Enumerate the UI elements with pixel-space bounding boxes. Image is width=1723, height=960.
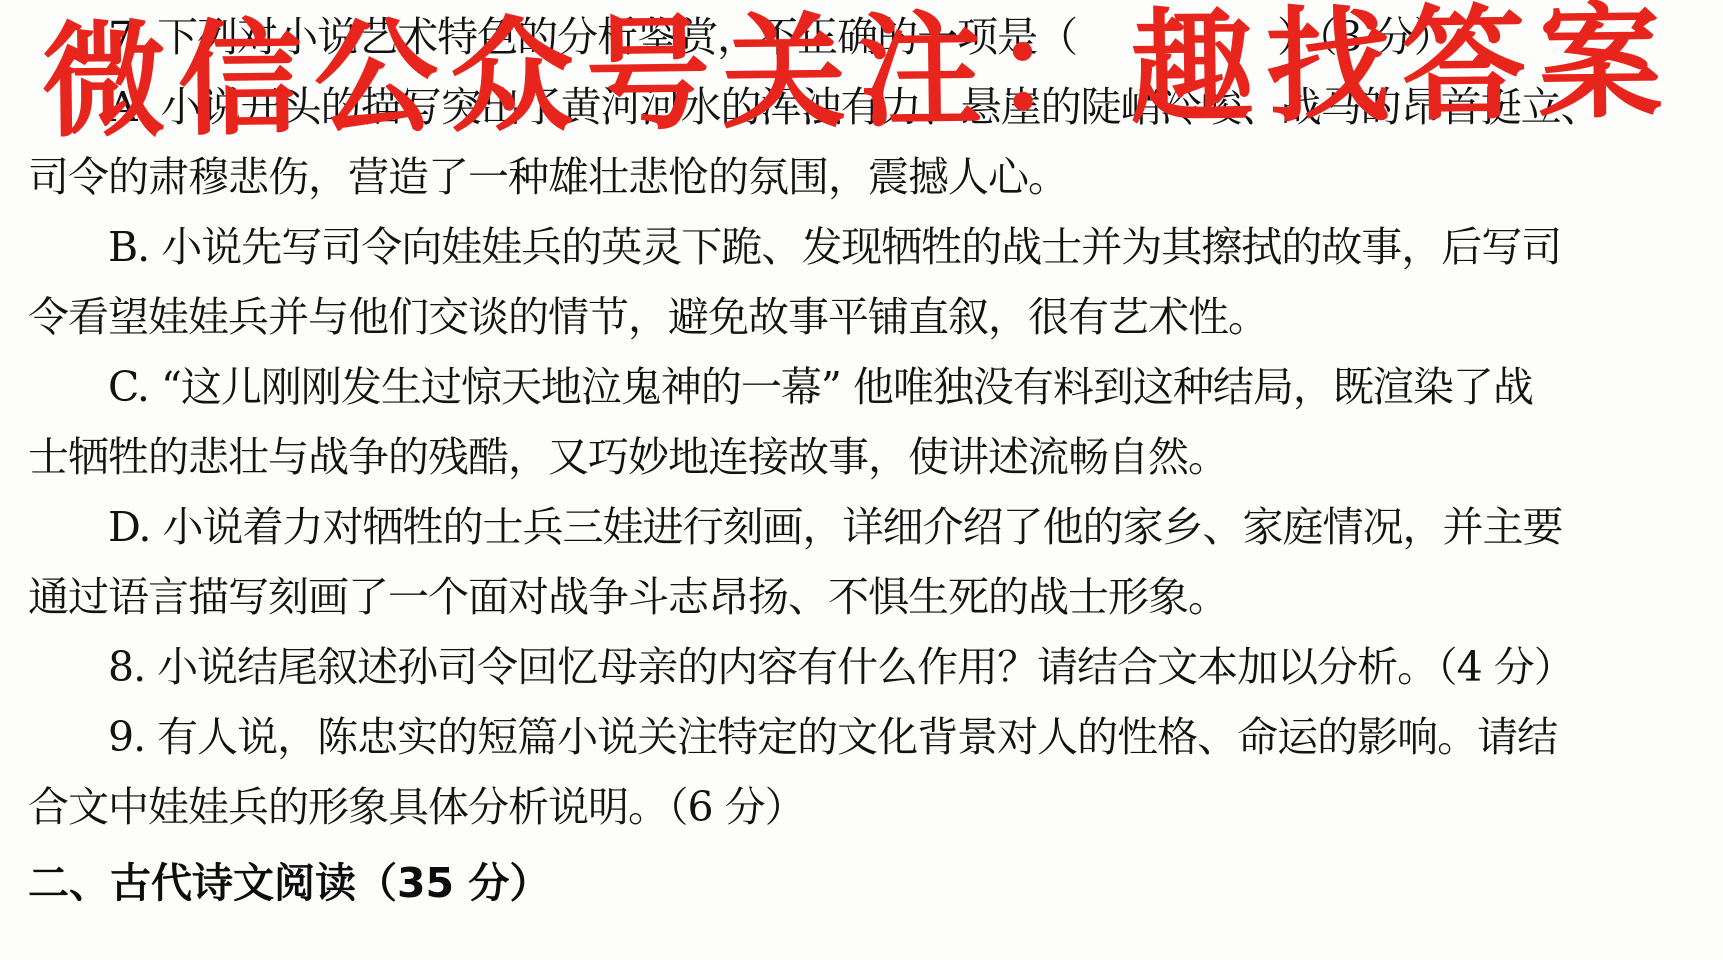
text-line: 士牺牲的悲壮与战争的残酷，又巧妙地连接故事，使讲述流畅自然。 <box>28 422 1723 492</box>
section-heading: 二、古代诗文阅读（35 分） <box>28 848 1723 918</box>
text-line: 8. 小说结尾叙述孙司令回忆母亲的内容有什么作用？请结合文本加以分析。（4 分） <box>28 632 1723 702</box>
text-line: C. “这儿刚刚发生过惊天地泣鬼神的一幕” 他唯独没有料到这种结局，既渲染了战 <box>28 352 1723 422</box>
text-line: B. 小说先写司令向娃娃兵的英灵下跪、发现牺牲的战士并为其擦拭的故事，后写司 <box>28 212 1723 282</box>
text-line: 合文中娃娃兵的形象具体分析说明。（6 分） <box>28 772 1723 842</box>
question-text-block: 7. 下列对小说艺术特色的分析鉴赏，不正确的一项是（ ）（3 分）A. 小说开头… <box>28 2 1723 918</box>
text-line: 9. 有人说，陈忠实的短篇小说关注特定的文化背景对人的性格、命运的影响。请结 <box>28 702 1723 772</box>
text-line: 令看望娃娃兵并与他们交谈的情节，避免故事平铺直叙，很有艺术性。 <box>28 282 1723 352</box>
text-line: 通过语言描写刻画了一个面对战争斗志昂扬、不惧生死的战士形象。 <box>28 562 1723 632</box>
text-line: 7. 下列对小说艺术特色的分析鉴赏，不正确的一项是（ ）（3 分） <box>28 2 1723 72</box>
text-line: A. 小说开头的描写突出了黄河河水的浑浊有力、悬崖的陡峭冷峻、战马的昂首挺立、 <box>28 72 1723 142</box>
text-line: 司令的肃穆悲伤，营造了一种雄壮悲怆的氛围，震撼人心。 <box>28 142 1723 212</box>
exam-page: 7. 下列对小说艺术特色的分析鉴赏，不正确的一项是（ ）（3 分）A. 小说开头… <box>0 0 1723 960</box>
text-line: D. 小说着力对牺牲的士兵三娃进行刻画，详细介绍了他的家乡、家庭情况，并主要 <box>28 492 1723 562</box>
